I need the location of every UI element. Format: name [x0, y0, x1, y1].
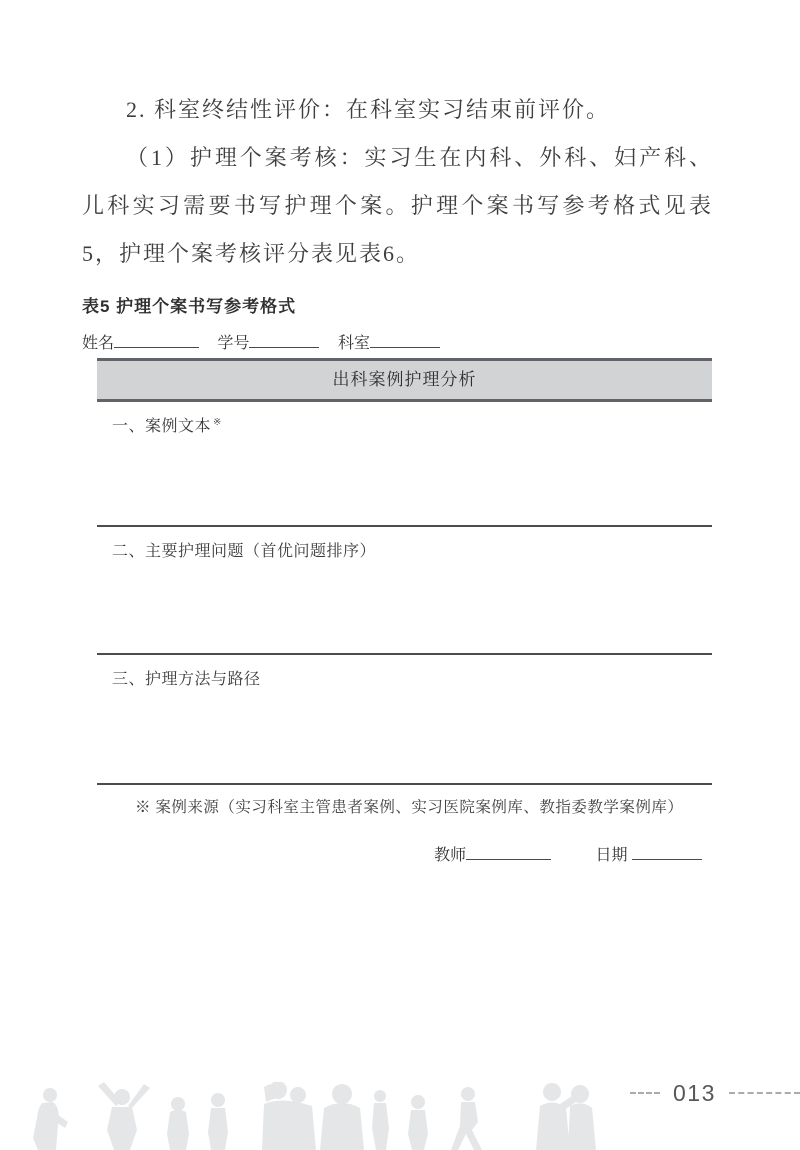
table-section-nursing-problems[interactable]: 二、主要护理问题（首优问题排序） — [97, 527, 712, 655]
dash-decoration-right — [729, 1092, 800, 1094]
section-label: 二、主要护理问题（首优问题排序） — [112, 543, 376, 560]
table-footnote: ※ 案例来源（实习科室主管患者案例、实习医院案例库、教指委教学案例库） — [97, 785, 712, 817]
table-section-nursing-methods[interactable]: 三、护理方法与路径 — [97, 655, 712, 785]
document-page: 2. 科室终结性评价：在科室实习结束前评价。 （1）护理个案考核：实习生在内科、… — [0, 0, 800, 1150]
table-section-case-text[interactable]: 一、案例文本※ — [97, 402, 712, 527]
student-id-fill-in-blank[interactable] — [249, 332, 319, 348]
table-header: 出科案例护理分析 — [97, 358, 712, 402]
section-label: 三、护理方法与路径 — [112, 671, 261, 688]
teacher-field-label: 教师 — [434, 847, 466, 864]
intro-paragraphs: 2. 科室终结性评价：在科室实习结束前评价。 （1）护理个案考核：实习生在内科、… — [82, 86, 713, 278]
department-fill-in-blank[interactable] — [370, 332, 440, 348]
teacher-fill-in-blank[interactable] — [466, 844, 551, 860]
signature-row: 教师 日期 — [97, 842, 712, 865]
department-field-label: 科室 — [338, 335, 370, 352]
name-fill-in-blank[interactable] — [114, 332, 199, 348]
student-info-row: 姓名 学号 科室 — [82, 330, 454, 353]
student-id-field-label: 学号 — [217, 335, 249, 352]
people-silhouettes-decoration — [20, 1082, 630, 1150]
reference-mark-superscript: ※ — [213, 417, 222, 428]
page-footer: 013 — [630, 1080, 800, 1106]
page-number: 013 — [673, 1080, 716, 1106]
paragraph-summative-evaluation: 2. 科室终结性评价：在科室实习结束前评价。 — [82, 86, 713, 134]
section-label: 一、案例文本 — [112, 418, 211, 435]
name-field-label: 姓名 — [82, 335, 114, 352]
case-analysis-table: 出科案例护理分析 一、案例文本※ 二、主要护理问题（首优问题排序） 三、护理方法… — [97, 358, 712, 817]
date-fill-in-blank[interactable] — [632, 844, 702, 860]
paragraph-case-assessment: （1）护理个案考核：实习生在内科、外科、妇产科、儿科实习需要书写护理个案。护理个… — [82, 134, 713, 278]
table-caption: 表5 护理个案书写参考格式 — [82, 292, 296, 317]
dash-decoration-left — [630, 1092, 660, 1094]
date-field-label: 日期 — [596, 847, 628, 864]
